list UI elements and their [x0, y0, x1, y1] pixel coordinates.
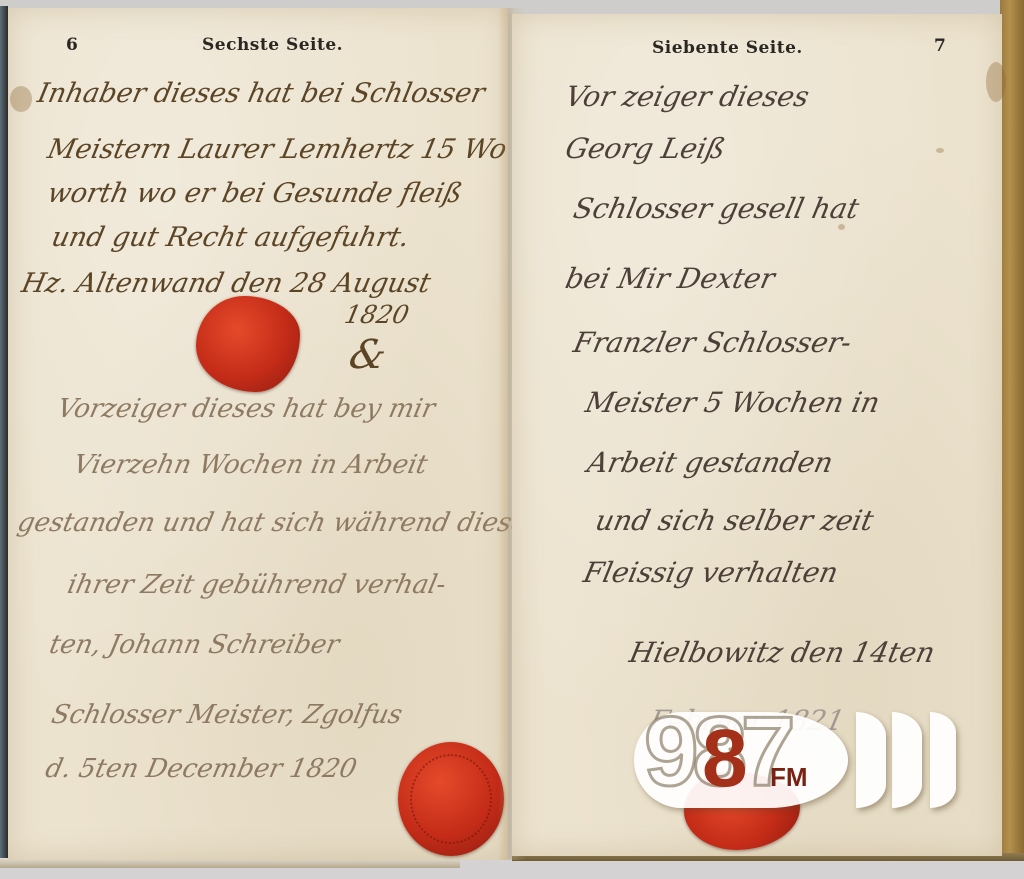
- running-head-left: Sechste Seite.: [202, 35, 343, 55]
- wax-seal-emblem: [398, 742, 504, 856]
- handwriting-line: d. 5ten December 1820: [43, 754, 360, 784]
- handwriting-line: Schlosser Meister, Zgolfus: [49, 700, 405, 730]
- handwriting-line: und sich selber zeit: [592, 504, 876, 537]
- stain: [10, 86, 32, 112]
- page-number-right: 7: [934, 36, 946, 56]
- handwriting-line: Vorzeiger dieses hat bey mir: [55, 394, 438, 424]
- handwriting-line: ten, Johann Schreiber: [47, 630, 342, 660]
- handwriting-line: Vierzehn Wochen in Arbeit: [71, 450, 430, 480]
- handwriting-line: Inhaber dieses hat bei Schlosser: [35, 78, 488, 109]
- handwriting-line: Hielbowitz den 14ten: [626, 636, 937, 669]
- radio-wave-icon: [930, 712, 956, 808]
- page-number-left: 6: [66, 35, 78, 55]
- logo-fm-label: FM: [770, 762, 808, 793]
- running-head-right: Siebente Seite.: [652, 38, 803, 58]
- stain: [936, 148, 944, 153]
- radio-station-logo: 987 8 FM: [634, 708, 954, 810]
- stain: [986, 62, 1006, 102]
- radio-wave-icon: [892, 712, 922, 808]
- handwriting-line: Meistern Laurer Lemhertz 15 Wo: [45, 134, 510, 165]
- logo-highlight-digit: 8: [702, 718, 748, 800]
- handwriting-line: gestanden und hat sich während dieser: [15, 508, 543, 538]
- handwriting-line: Meister 5 Wochen in: [582, 386, 882, 419]
- wax-seal: [196, 296, 300, 392]
- handwriting-line: Franzler Schlosser-: [570, 326, 854, 359]
- radio-wave-icon: [856, 712, 886, 808]
- handwriting-line: Hz. Altenwand den 28 August: [19, 268, 434, 299]
- handwriting-line: bei Mir Dexter: [562, 262, 777, 295]
- book-cover-left-edge: [0, 6, 8, 862]
- handwriting-line: Arbeit gestanden: [584, 446, 836, 479]
- handwriting-year: 1820: [342, 300, 412, 329]
- handwriting-line: Schlosser gesell hat: [570, 192, 862, 225]
- book-photo: 6 Sechste Seite. Inhaber dieses hat bei …: [0, 0, 1024, 879]
- handwriting-line: worth wo er bei Gesunde fleiß: [45, 178, 465, 209]
- handwriting-line: Vor zeiger dieses: [562, 80, 812, 113]
- handwriting-line: ihrer Zeit gebührend verhal-: [65, 570, 449, 600]
- handwriting-line: und gut Recht aufgefuhrt.: [49, 222, 412, 253]
- handwriting-line: Georg Leiß: [562, 132, 728, 165]
- handwriting-line: Fleissig verhalten: [580, 556, 841, 589]
- book-cover-right-edge: [1000, 0, 1024, 860]
